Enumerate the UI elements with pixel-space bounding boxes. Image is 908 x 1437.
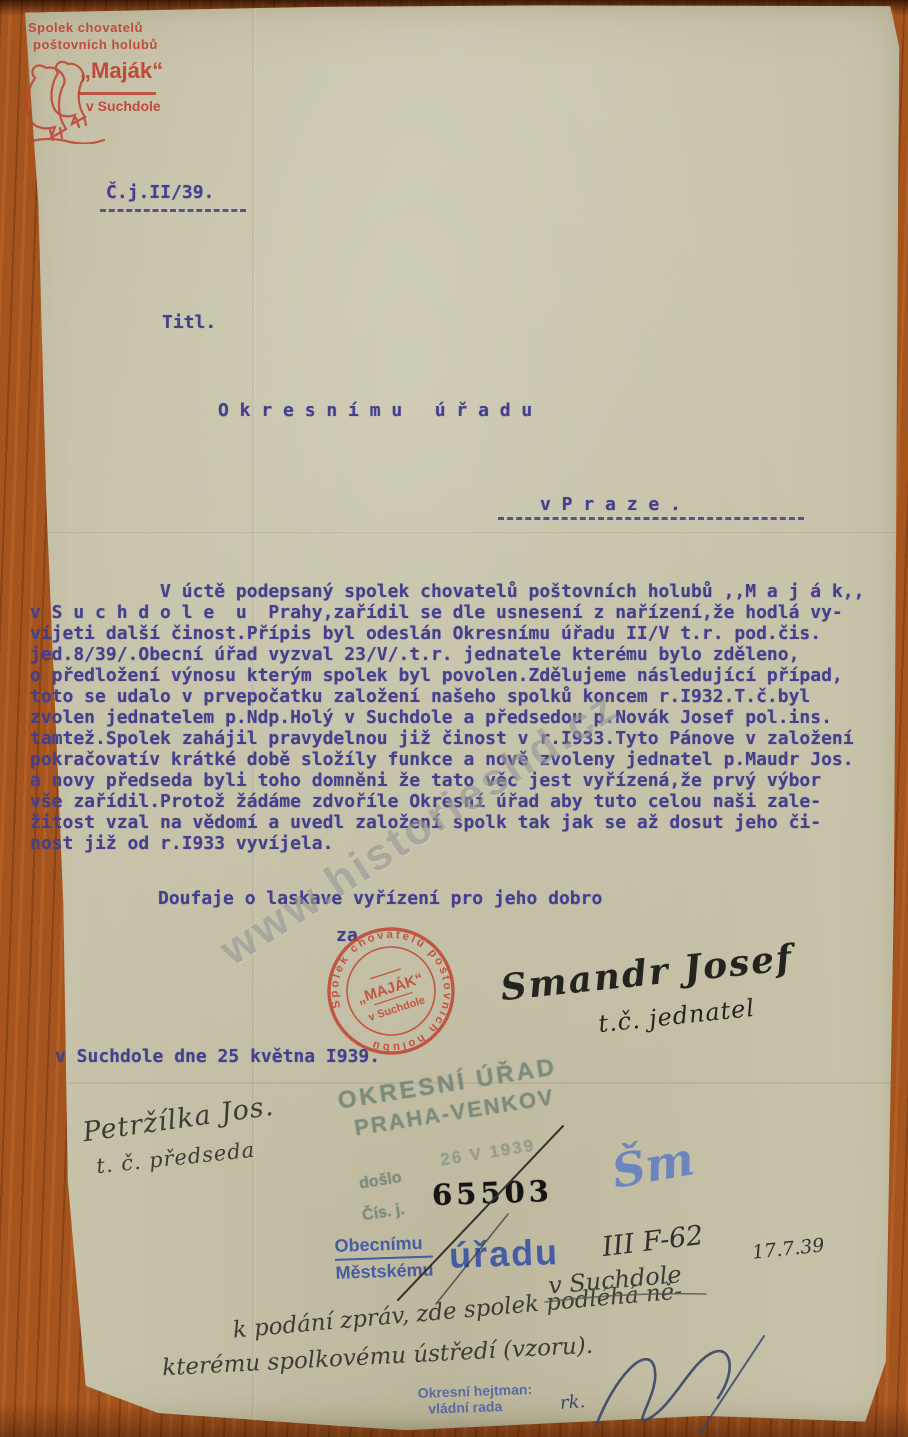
horizontal-fold-1 xyxy=(8,532,901,535)
hejtman-signature-note: rk. xyxy=(559,1391,586,1414)
letterhead-society-line1: Spolek chovatelů xyxy=(28,20,143,35)
body-line: nost již od r.I933 vyvíjela. xyxy=(30,833,864,854)
reference-underline xyxy=(100,195,246,212)
body-line: o předložení výnosu kterým spolek byl po… xyxy=(30,665,864,686)
body-line: víjeti další činost.Přípis byl odeslán O… xyxy=(30,623,864,644)
body-line: tamtež.Spolek zahájil pravydelnou již či… xyxy=(30,728,864,749)
closing-line: Doufaje o laskave vyřízení pro jeho dobr… xyxy=(158,888,602,909)
body-line: v S u c h d o l e u Prahy,zařídil se dle… xyxy=(30,602,864,623)
body-line: V úctě podepsaný spolek chovatelů poštov… xyxy=(30,581,864,602)
letter-body: V úctě podepsaný spolek chovatelů poštov… xyxy=(30,581,864,854)
body-line: toto se udalo v prvepočatku založení naš… xyxy=(30,686,864,707)
forward-option-obecnimu: Obecnímu xyxy=(334,1233,433,1261)
addressee-salutation: Titl. xyxy=(162,312,216,333)
hejtman-stamp: Okresní hejtman: vládní rada xyxy=(417,1381,532,1417)
addressee-city-underline xyxy=(498,503,804,520)
addressee-office: O k r e s n í m u ú ř a d u xyxy=(218,400,532,421)
body-line: pokračovatív krátké době složíly funkce … xyxy=(30,749,864,770)
letterhead-society-line2: poštovních holubů xyxy=(33,37,158,52)
letterhead-location: v Suchdole xyxy=(86,98,161,114)
body-line: jed.8/39/.Obecní úřad vyzval 23/V/.t.r. … xyxy=(30,644,864,665)
letterhead-rule xyxy=(78,92,156,95)
body-line: žitost vzal na vědomí a uvedl založení s… xyxy=(30,812,864,833)
photo-of-document: Spolek chovatelů poštovních holubů „Majá… xyxy=(0,0,908,1437)
body-line: a novy předseda byli toho domněni že tat… xyxy=(30,770,864,791)
body-line: zvolen jednatelem p.Ndp.Holý v Suchdole … xyxy=(30,707,864,728)
forward-option-mestskemu: Městskému xyxy=(335,1257,434,1283)
dateline: v Suchdole dne 25 května I939. xyxy=(55,1046,380,1067)
arrival-number: 65503 xyxy=(431,1174,553,1212)
body-line: vše zařídil.Protož žádáme zdvoříle Okres… xyxy=(30,791,864,812)
letterhead-club-name: „Maják“ xyxy=(80,58,163,84)
forward-stamp: Obecnímu Městskému úřadu xyxy=(334,1228,560,1284)
forward-urad-word: úřadu xyxy=(448,1231,559,1277)
